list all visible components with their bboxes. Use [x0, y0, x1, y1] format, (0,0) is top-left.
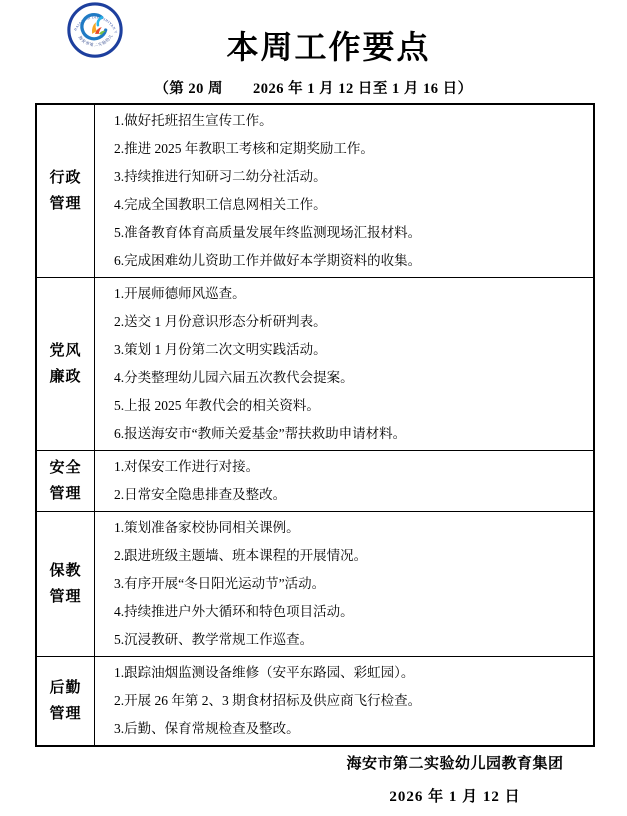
work-item: 1.对保安工作进行对接。: [114, 453, 585, 481]
category-line: 党风: [49, 338, 81, 364]
category-line: 廉政: [49, 364, 81, 390]
category-line: 行政: [49, 165, 81, 191]
work-item: 1.开展师德师风巡查。: [114, 280, 585, 308]
category-cell: 保教管理: [37, 512, 95, 656]
category-line: 管理: [49, 701, 81, 727]
work-item: 3.有序开展“冬日阳光运动节”活动。: [114, 570, 585, 598]
table-row: 行政管理1.做好托班招生宣传工作。2.推进 2025 年教职工考核和定期奖励工作…: [37, 105, 593, 277]
items-cell: 1.跟踪油烟监测设备维修（安平东路园、彩虹园）。2.开展 26 年第 2、3 期…: [95, 657, 593, 745]
work-item: 3.后勤、保育常规检查及整改。: [114, 715, 585, 743]
week-date-range: （第 20 周 2026 年 1 月 12 日至 1 月 16 日）: [0, 77, 627, 98]
items-cell: 1.开展师德师风巡查。2.送交 1 月份意识形态分析研判表。3.策划 1 月份第…: [95, 278, 593, 450]
work-item: 5.沉浸教研、教学常规工作巡查。: [114, 626, 585, 654]
category-line: 管理: [49, 584, 81, 610]
work-item: 2.日常安全隐患排查及整改。: [114, 481, 585, 509]
items-cell: 1.策划准备家校协同相关课例。2.跟进班级主题墙、班本课程的开展情况。3.有序开…: [95, 512, 593, 656]
weekly-work-table: 行政管理1.做好托班招生宣传工作。2.推进 2025 年教职工考核和定期奖励工作…: [35, 103, 595, 747]
work-item: 1.策划准备家校协同相关课例。: [114, 514, 585, 542]
category-line: 安全: [49, 455, 81, 481]
work-item: 2.推进 2025 年教职工考核和定期奖励工作。: [114, 135, 585, 163]
work-item: 3.持续推进行知研习二幼分社活动。: [114, 163, 585, 191]
category-cell: 后勤管理: [37, 657, 95, 745]
category-cell: 行政管理: [37, 105, 95, 277]
category-cell: 安全管理: [37, 451, 95, 511]
table-row: 后勤管理1.跟踪油烟监测设备维修（安平东路园、彩虹园）。2.开展 26 年第 2…: [37, 656, 593, 745]
work-item: 4.完成全国教职工信息网相关工作。: [114, 191, 585, 219]
work-item: 2.送交 1 月份意识形态分析研判表。: [114, 308, 585, 336]
work-item: 1.跟踪油烟监测设备维修（安平东路园、彩虹园）。: [114, 659, 585, 687]
organization-name: 海安市第二实验幼儿园教育集团: [295, 752, 615, 773]
table-row: 安全管理1.对保安工作进行对接。2.日常安全隐患排查及整改。: [37, 450, 593, 511]
items-cell: 1.做好托班招生宣传工作。2.推进 2025 年教职工考核和定期奖励工作。3.持…: [95, 105, 593, 277]
work-item: 3.策划 1 月份第二次文明实践活动。: [114, 336, 585, 364]
work-item: 5.准备教育体育高质量发展年终监测现场汇报材料。: [114, 219, 585, 247]
work-item: 2.开展 26 年第 2、3 期食材招标及供应商飞行检查。: [114, 687, 585, 715]
work-item: 4.分类整理幼儿园六届五次教代会提案。: [114, 364, 585, 392]
category-line: 后勤: [49, 675, 81, 701]
document-page: HAIANSHI DIER SHIYAN YOUERYUAN 海安市第二实验幼儿…: [0, 0, 627, 816]
category-line: 管理: [49, 481, 81, 507]
category-line: 管理: [49, 191, 81, 217]
table-row: 党风廉政1.开展师德师风巡查。2.送交 1 月份意识形态分析研判表。3.策划 1…: [37, 277, 593, 450]
school-logo-icon: HAIANSHI DIER SHIYAN YOUERYUAN 海安市第二实验幼儿…: [64, 1, 126, 61]
work-table-body: 行政管理1.做好托班招生宣传工作。2.推进 2025 年教职工考核和定期奖励工作…: [37, 105, 593, 745]
category-cell: 党风廉政: [37, 278, 95, 450]
work-item: 5.上报 2025 年教代会的相关资料。: [114, 392, 585, 420]
work-item: 4.持续推进户外大循环和特色项目活动。: [114, 598, 585, 626]
work-item: 2.跟进班级主题墙、班本课程的开展情况。: [114, 542, 585, 570]
document-footer: 海安市第二实验幼儿园教育集团 2026 年 1 月 12 日: [295, 752, 615, 806]
category-line: 保教: [49, 558, 81, 584]
signature-date: 2026 年 1 月 12 日: [295, 785, 615, 806]
work-item: 1.做好托班招生宣传工作。: [114, 107, 585, 135]
items-cell: 1.对保安工作进行对接。2.日常安全隐患排查及整改。: [95, 451, 593, 511]
work-item: 6.完成困难幼儿资助工作并做好本学期资料的收集。: [114, 247, 585, 275]
work-item: 6.报送海安市“教师关爱基金”帮扶救助申请材料。: [114, 420, 585, 448]
table-row: 保教管理1.策划准备家校协同相关课例。2.跟进班级主题墙、班本课程的开展情况。3…: [37, 511, 593, 656]
